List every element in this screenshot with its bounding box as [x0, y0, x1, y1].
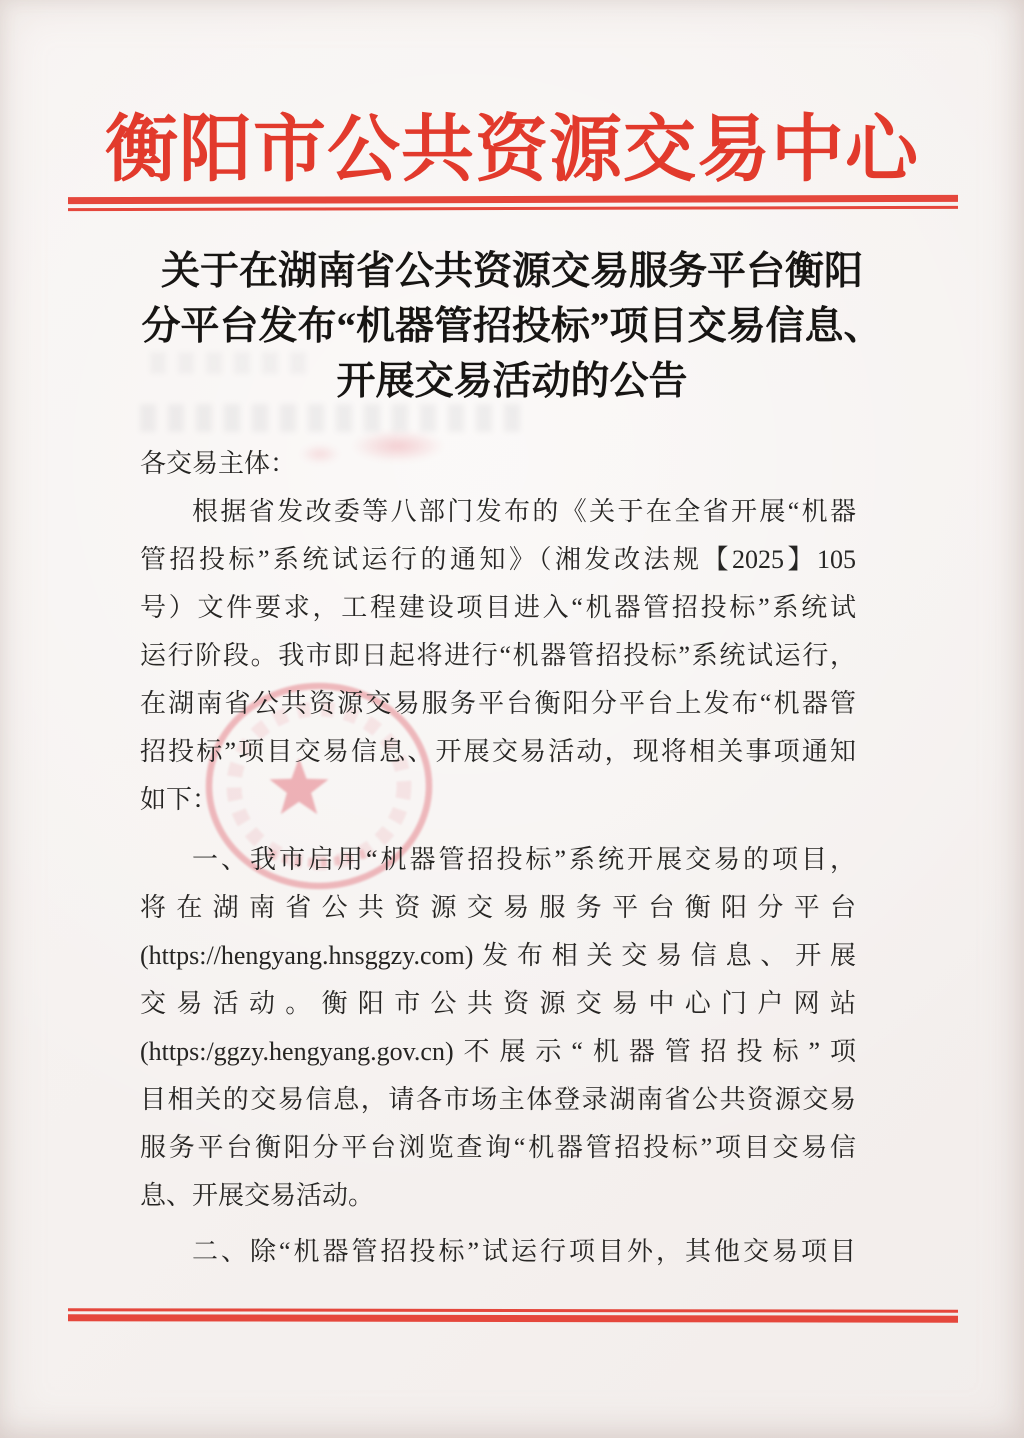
bleed-through-ghost-text [150, 352, 308, 374]
body-line: 服务平台衡阳分平台浏览查询“机器管招投标”项目交易信 [140, 1124, 856, 1172]
bleed-through-ghost-text [140, 404, 532, 432]
footer-rule-thin [68, 1308, 958, 1313]
letterhead-rule-thin [68, 206, 958, 211]
body-line: 各交易主体： [140, 440, 856, 488]
body-line: 根据省发改委等八部门发布的《关于在全省开展“机器 [140, 488, 856, 536]
body-line: 一、我市启用“机器管招投标”系统开展交易的项目， [140, 836, 856, 884]
document-body: 各交易主体： 根据省发改委等八部门发布的《关于在全省开展“机器 管招投标”系统试… [140, 440, 856, 1276]
body-line: 号）文件要求，工程建设项目进入“机器管招投标”系统试 [140, 584, 856, 632]
body-line: 管招投标”系统试运行的通知》（湘发改法规【2025】105 [140, 536, 856, 584]
document-title-line-1: 关于在湖南省公共资源交易服务平台衡阳 [70, 244, 954, 299]
body-line: 交易活动。衡阳市公共资源交易中心门户网站 [140, 980, 856, 1028]
footer-rule-thick [68, 1314, 958, 1323]
body-line: 在湖南省公共资源交易服务平台衡阳分平台上发布“机器管 [140, 680, 856, 728]
body-line: 招投标”项目交易信息、开展交易活动，现将相关事项通知 [140, 728, 856, 776]
letterhead-org-title: 衡阳市公共资源交易中心 [0, 90, 1024, 195]
body-line: (https:/ggzy.hengyang.gov.cn)不展示“机器管招投标”… [140, 1028, 856, 1076]
body-line: 将在湖南省公共资源交易服务平台衡阳分平台 [140, 884, 856, 932]
body-line: 目相关的交易信息，请各市场主体登录湖南省公共资源交易 [140, 1076, 856, 1124]
body-line: 如下： [140, 776, 856, 824]
document-title: 关于在湖南省公共资源交易服务平台衡阳 分平台发布“机器管招投标”项目交易信息、 … [70, 244, 954, 409]
letterhead-rule-thick [68, 195, 958, 204]
scanned-document-page: 衡阳市公共资源交易中心 关于在湖南省公共资源交易服务平台衡阳 分平台发布“机器管… [0, 0, 1024, 1438]
body-line: 运行阶段。我市即日起将进行“机器管招投标”系统试运行， [140, 632, 856, 680]
document-title-line-2: 分平台发布“机器管招投标”项目交易信息、 [70, 299, 954, 354]
body-line: 息、开展交易活动。 [140, 1172, 856, 1220]
body-line: 二、除“机器管招投标”试运行项目外，其他交易项目 [140, 1228, 856, 1276]
body-line: (https://hengyang.hnsggzy.com)发布相关交易信息、开… [140, 932, 856, 980]
